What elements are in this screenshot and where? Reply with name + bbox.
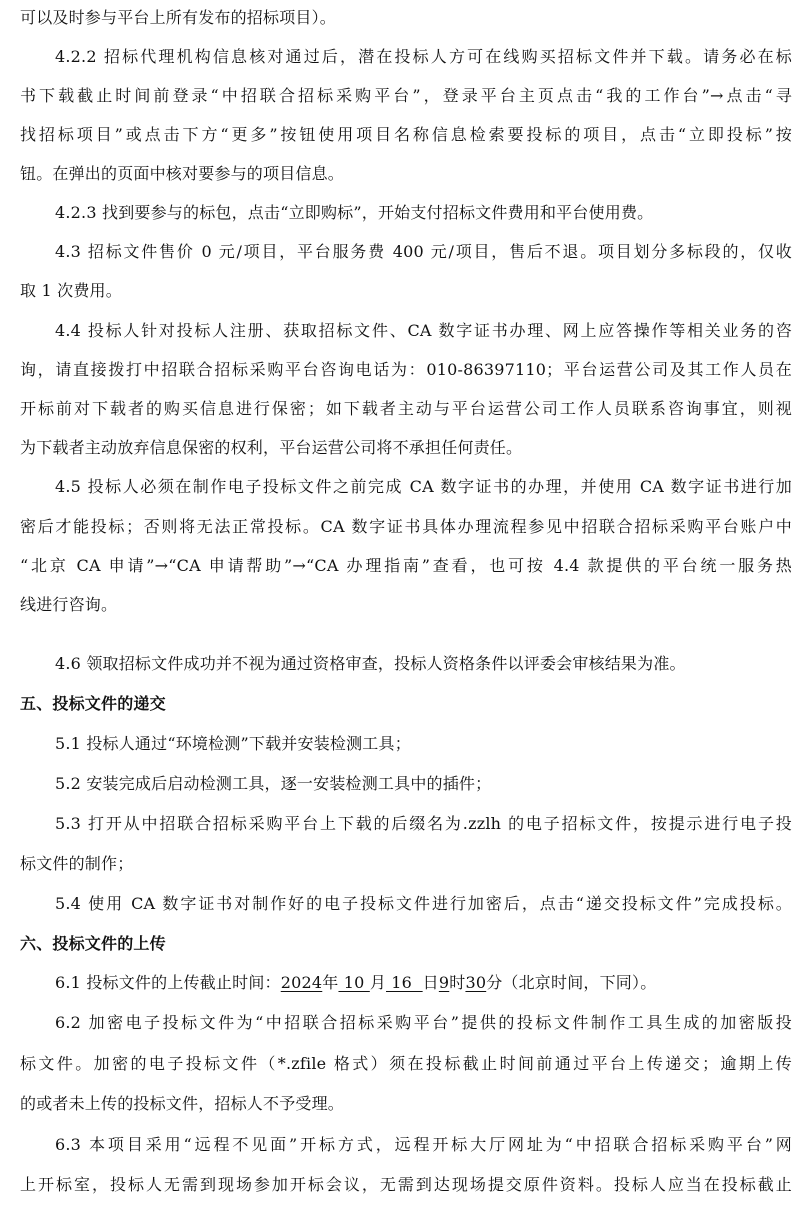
paragraph-line: 找招标项目”或点击下方“更多”按钮使用项目名称信息检索要投标的项目，点击“立即投… <box>20 123 792 147</box>
deadline-minute: 30 <box>465 973 486 992</box>
deadline-suffix: （北京时间，下同）。 <box>502 973 656 992</box>
paragraph-line: 6.2 加密电子投标文件为“中招联合招标采购平台”提供的投标文件制作工具生成的加… <box>55 1011 792 1035</box>
paragraph-line: 询，请直接拨打中招联合招标采购平台咨询电话为：010-86397110；平台运营… <box>20 358 792 382</box>
paragraph-line: 为下载者主动放弃信息保密的权利，平台运营公司将不承担任何责任。 <box>20 436 792 460</box>
paragraph-line: 4.5 投标人必须在制作电子投标文件之前完成 CA 数字证书的办理，并使用 CA… <box>55 475 792 499</box>
paragraph-line: 可以及时参与平台上所有发布的招标项目）。 <box>20 6 792 30</box>
paragraph-line: 5.3 打开从中招联合招标采购平台上下载的后缀名为.zzlh 的电子招标文件，按… <box>55 812 792 836</box>
paragraph-line: 4.2.2 招标代理机构信息核对通过后，潜在投标人方可在线购买招标文件并下载。请… <box>55 45 792 69</box>
section-heading-5: 五、投标文件的递交 <box>20 692 792 716</box>
upload-deadline-line: 6.1 投标文件的上传截止时间：2024年 10 月 16 日9时30分（北京时… <box>55 971 792 995</box>
deadline-hour-unit: 时 <box>449 973 465 992</box>
section-heading-6: 六、投标文件的上传 <box>20 932 792 956</box>
paragraph-line: 开标前对下载者的购买信息进行保密；如下载者主动与平台运营公司工作人员联系咨询事宜… <box>20 397 792 421</box>
paragraph-line: 5.2 安装完成后启动检测工具，逐一安装检测工具中的插件； <box>55 772 792 796</box>
deadline-minute-unit: 分 <box>486 973 502 992</box>
paragraph-line: 密后才能投标；否则将无法正常投标。CA 数字证书具体办理流程参见中招联合招标采购… <box>20 515 792 539</box>
paragraph-line: 4.2.3 找到要参与的标包，点击“立即购标”，开始支付招标文件费用和平台使用费… <box>55 201 792 225</box>
paragraph-line: 标文件。加密的电子投标文件（*.zfile 格式）须在投标截止时间前通过平台上传… <box>20 1052 792 1076</box>
deadline-month-unit: 月 <box>370 973 386 992</box>
deadline-day: 16 <box>386 973 423 992</box>
deadline-prefix: 6.1 投标文件的上传截止时间： <box>55 973 281 992</box>
paragraph-line: 4.3 招标文件售价 0 元/项目，平台服务费 400 元/项目，售后不退。项目… <box>55 240 792 264</box>
paragraph-line: 上开标室，投标人无需到现场参加开标会议，无需到达现场提交原件资料。投标人应当在投… <box>20 1173 792 1197</box>
paragraph-line: “北京 CA 申请”→“CA 申请帮助”→“CA 办理指南”查看，也可按 4.4… <box>20 554 792 578</box>
paragraph-line: 的或者未上传的投标文件，招标人不予受理。 <box>20 1092 792 1116</box>
deadline-day-unit: 日 <box>423 973 439 992</box>
paragraph-line: 标文件的制作； <box>20 852 792 876</box>
deadline-month: 10 <box>338 973 369 992</box>
paragraph-line: 线进行咨询。 <box>20 593 792 617</box>
deadline-year-unit: 年 <box>322 973 338 992</box>
deadline-hour: 9 <box>439 973 449 992</box>
paragraph-line: 钮。在弹出的页面中核对要参与的项目信息。 <box>20 162 792 186</box>
paragraph-line: 4.6 领取招标文件成功并不视为通过资格审查，投标人资格条件以评委会审核结果为准… <box>55 652 792 676</box>
deadline-year: 2024 <box>281 973 323 992</box>
paragraph-line: 书下载截止时间前登录“中招联合招标采购平台”，登录平台主页点击“我的工作台”→点… <box>20 84 792 108</box>
paragraph-line: 5.4 使用 CA 数字证书对制作好的电子投标文件进行加密后，点击“递交投标文件… <box>55 892 792 916</box>
paragraph-line: 5.1 投标人通过“环境检测”下载并安装检测工具； <box>55 732 792 756</box>
paragraph-line: 取 1 次费用。 <box>20 279 792 303</box>
document-page: 可以及时参与平台上所有发布的招标项目）。 4.2.2 招标代理机构信息核对通过后… <box>0 0 810 1209</box>
paragraph-line: 4.4 投标人针对投标人注册、获取招标文件、CA 数字证书办理、网上应答操作等相… <box>55 319 792 343</box>
paragraph-line: 6.3 本项目采用“远程不见面”开标方式，远程开标大厅网址为“中招联合招标采购平… <box>55 1133 792 1157</box>
